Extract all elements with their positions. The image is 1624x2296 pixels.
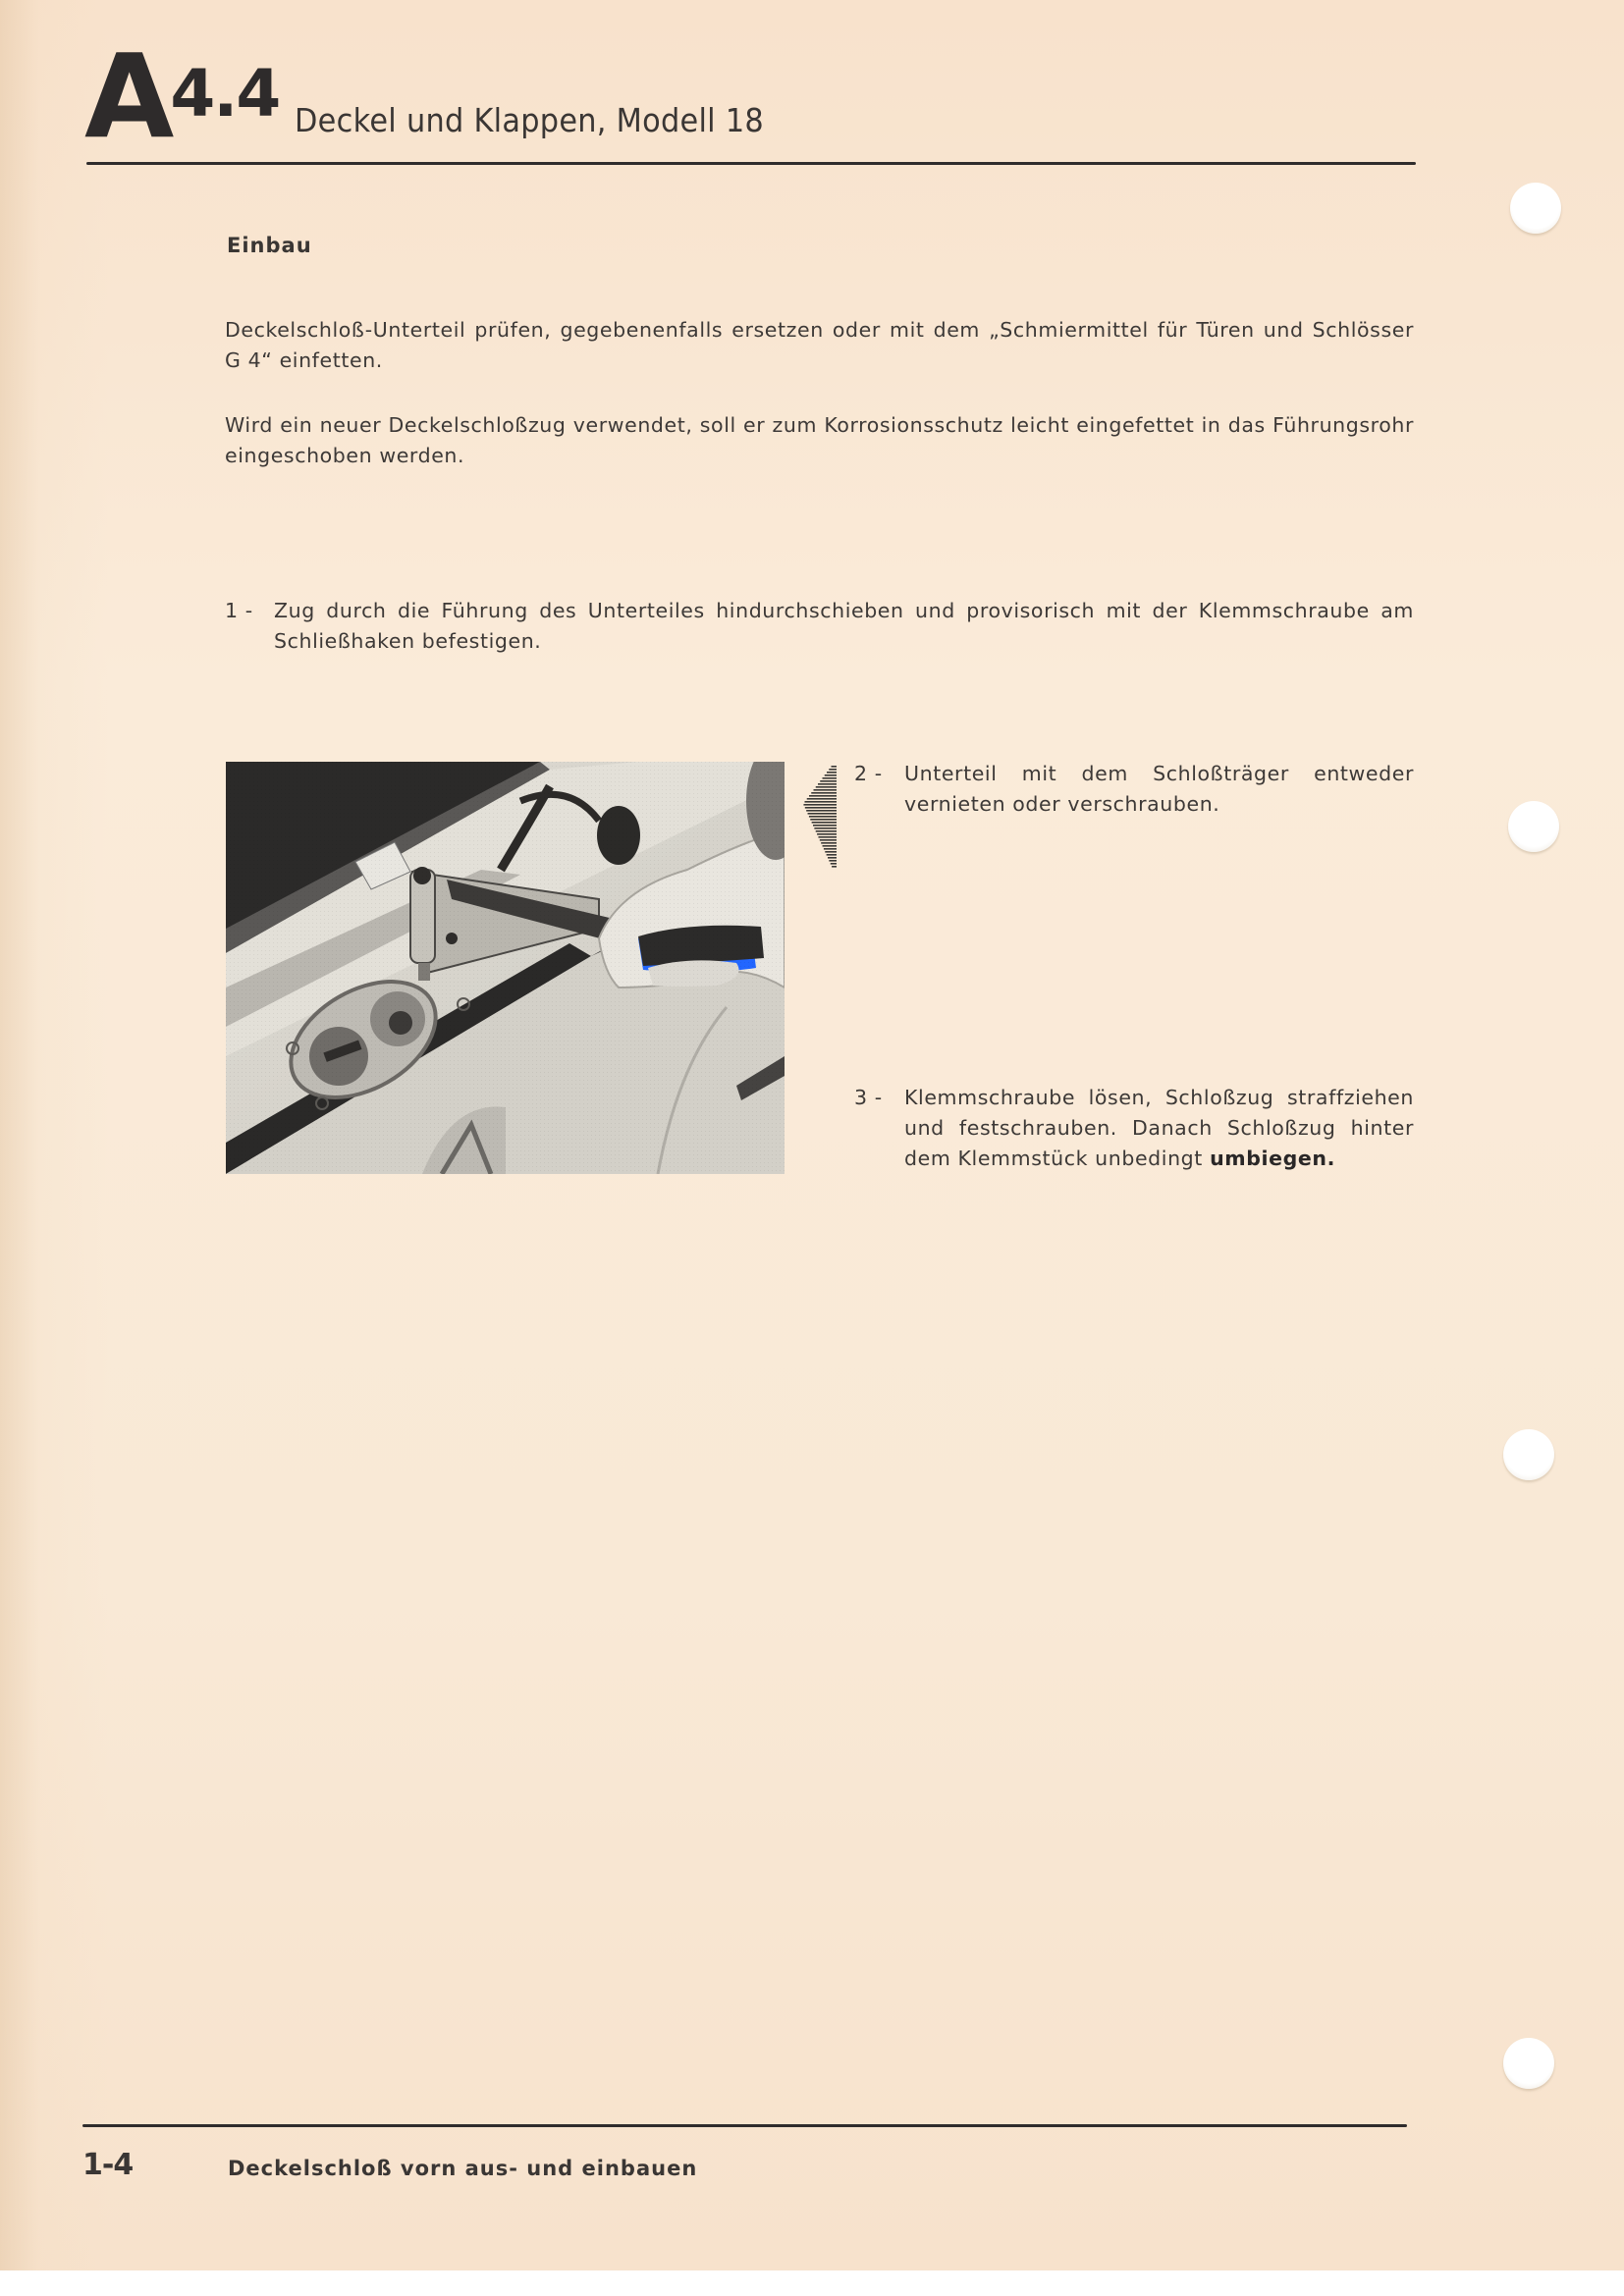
punch-hole bbox=[1510, 183, 1561, 234]
arrow-left-pointer-icon bbox=[801, 764, 837, 868]
punch-hole bbox=[1503, 1429, 1554, 1480]
step-text: Unterteil mit dem Schloßträger entweder … bbox=[904, 759, 1414, 820]
page-number: 1-4 bbox=[82, 2148, 133, 2182]
paragraph-cable-corrosion: Wird ein neuer Deckelschloßzug verwendet… bbox=[225, 410, 1414, 471]
section-heading: Einbau bbox=[227, 234, 312, 257]
page-title: Deckel und Klappen, Modell 18 bbox=[295, 101, 764, 139]
step-text-plain: Klemmschraube lösen, Schloßzug straffzie… bbox=[904, 1086, 1414, 1170]
chapter-letter: A bbox=[84, 47, 168, 145]
header-divider bbox=[86, 162, 1416, 165]
step-text: Klemmschraube lösen, Schloßzug straffzie… bbox=[904, 1083, 1414, 1174]
riveting-tool-photo bbox=[226, 762, 785, 1174]
paragraph-lubrication: Deckelschloß-Unterteil prüfen, gegebenen… bbox=[225, 315, 1414, 376]
footer-divider bbox=[82, 2124, 1407, 2127]
manual-page: A4.4 Deckel und Klappen, Modell 18 Einba… bbox=[0, 0, 1624, 2270]
chapter-number: A4.4 bbox=[84, 47, 279, 145]
step-number: 2 - bbox=[854, 759, 883, 789]
step-text-emphasis: umbiegen. bbox=[1210, 1147, 1335, 1170]
footer-title: Deckelschloß vorn aus- und einbauen bbox=[228, 2157, 697, 2180]
punch-hole bbox=[1508, 801, 1559, 852]
chapter-subnumber: 4.4 bbox=[170, 45, 279, 143]
step-text: Zug durch die Führung des Unterteiles hi… bbox=[274, 596, 1414, 657]
striped-arrow-icon bbox=[801, 764, 837, 868]
figure-photo bbox=[226, 762, 785, 1174]
punch-hole bbox=[1503, 2038, 1554, 2089]
step-number: 3 - bbox=[854, 1083, 883, 1113]
step-number: 1 - bbox=[225, 596, 253, 626]
